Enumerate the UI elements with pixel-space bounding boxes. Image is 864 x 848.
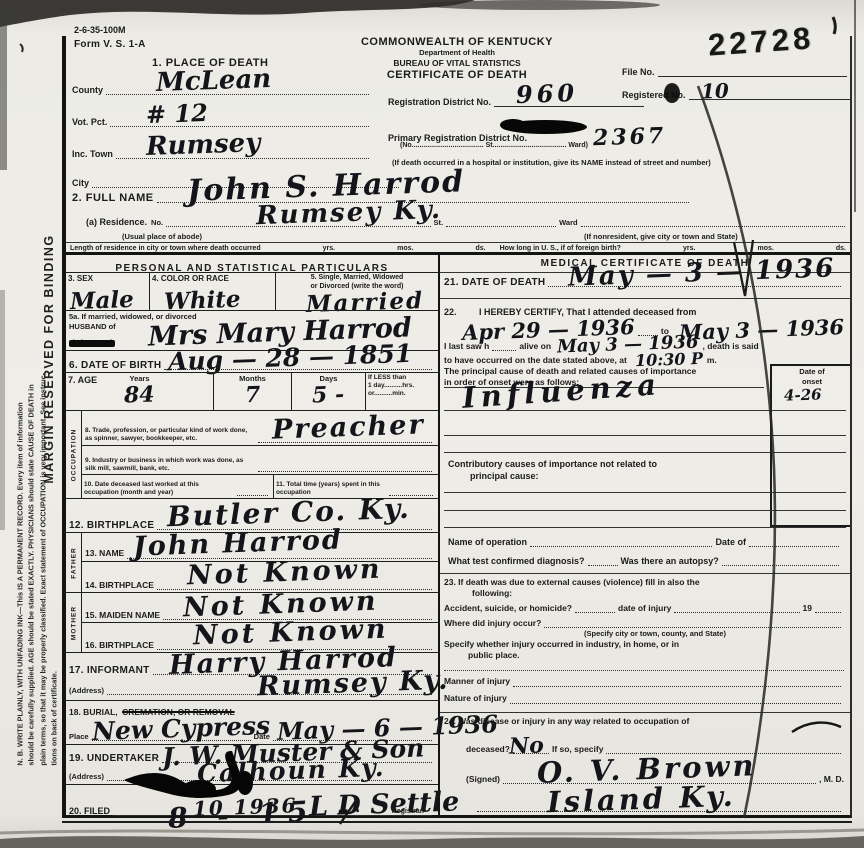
- occurred-at-label: to have occurred on the date stated abov…: [444, 355, 627, 366]
- father-block: FATHER 13. NAME John Harrod 14. BIRTHPLA…: [66, 532, 438, 592]
- bureau-title: BUREAU OF VITAL STATISTICS: [304, 58, 610, 69]
- left-edge-shadow-2: [0, 290, 5, 530]
- occupation-block: OCCUPATION 8. Trade, profession, or part…: [66, 410, 438, 498]
- mother-side-cell: MOTHER: [66, 593, 82, 652]
- undertaker-address-line: (Address) Calhoun Ky.: [69, 764, 435, 782]
- abode-note: (Usual place of abode): [122, 232, 202, 242]
- last-worked-label: 10. Date deceased last worked at this oc…: [84, 481, 234, 497]
- dod-divider: [440, 298, 850, 299]
- cause-rule-3: [444, 435, 846, 436]
- personal-column: PERSONAL AND STATISTICAL PARTICULARS 3. …: [66, 255, 440, 818]
- dob-row: 6. DATE OF BIRTH Aug — 28 — 1851: [66, 350, 438, 372]
- operation-label: Name of operation: [448, 536, 527, 548]
- occupation-related-block: 24. Was disease or injury in any way rel…: [444, 716, 844, 813]
- specify-line-2: public place.: [468, 650, 844, 661]
- sex-race-marital-row: 3. SEX Male 4. COLOR OR RACE White 5. Si…: [66, 272, 438, 310]
- age-days-value: 5 -: [312, 383, 345, 406]
- birthplace-label: 12. BIRTHPLACE: [69, 520, 154, 531]
- signed-label: (Signed): [466, 774, 500, 785]
- test-blank: [588, 565, 618, 566]
- father-birthplace-row: 14. BIRTHPLACE Not Known: [82, 561, 438, 592]
- form-number: Form V. S. 1-A: [74, 39, 146, 50]
- father-name-label: 13. NAME: [85, 548, 124, 559]
- contributory-line-2: principal cause:: [470, 470, 657, 482]
- reg-district-value: 960: [516, 81, 579, 107]
- marital-cell: 5. Single, Married, Widowed or Divorced …: [276, 273, 438, 310]
- residence-ward-label: Ward: [559, 218, 577, 228]
- industry-label: 9. Industry or business in which work wa…: [85, 457, 255, 473]
- residence-value: Rumsey Ky.: [256, 197, 443, 229]
- operation-line: Name of operation Date of: [448, 536, 842, 548]
- contributory-block: Contributory causes of importance not re…: [448, 458, 657, 482]
- mother-bp-label: 16. BIRTHPLACE: [85, 640, 154, 651]
- vot-pct-blank: # 12: [110, 126, 369, 127]
- md-label: , M. D.: [819, 774, 844, 785]
- registrar-label: Registrar.: [392, 808, 424, 817]
- contributory-line-1: Contributory causes of importance not re…: [448, 458, 657, 470]
- undertaker-address-blank: Calhoun Ky.: [107, 780, 432, 781]
- occupation-side-label: OCCUPATION: [70, 428, 77, 481]
- race-label: 4. COLOR OR RACE: [152, 274, 273, 284]
- bottom-fold-line: [0, 830, 864, 834]
- father-side-cell: FATHER: [66, 533, 82, 592]
- industry-blank: [258, 471, 432, 472]
- accident-label: Accident, suicide, or homicide?: [444, 603, 572, 614]
- left-edge-shadow: [0, 0, 7, 170]
- margin-binding-label: MARGIN RESERVED FOR BINDING: [42, 179, 56, 539]
- corner-pen-mark: [833, 17, 835, 34]
- if-less-line-3: or..........min.: [368, 390, 436, 398]
- reg-district-line: Registration District No. 960: [388, 96, 738, 108]
- margin-handwritten-note: 8 - 15 -: [167, 795, 359, 833]
- burial-place-label: Place: [69, 732, 89, 742]
- nineteen-label: 19: [803, 603, 812, 614]
- margin-nb-line-2: should be carefully supplied. AGE should…: [26, 206, 37, 766]
- residence-label: (a) Residence.: [86, 216, 147, 228]
- scanned-death-certificate: N. B. WRITE PLAINLY, WITH UNFADING INK—T…: [0, 0, 864, 848]
- if-less-line-1: If LESS than: [368, 374, 436, 382]
- inc-town-label: Inc. Town: [72, 148, 113, 160]
- mother-name-label: 15. MAIDEN NAME: [85, 610, 160, 621]
- margin-nb-line-1: N. B. WRITE PLAINLY, WITH UNFADING INK—T…: [14, 206, 25, 766]
- occupation-side-cell: OCCUPATION: [66, 411, 82, 498]
- sex-cell: 3. SEX Male: [66, 273, 150, 310]
- onset-label-1: Date of: [772, 366, 850, 377]
- state-header: COMMONWEALTH OF KENTUCKY Department of H…: [304, 36, 610, 81]
- q24-divider: [440, 712, 850, 713]
- physician-address-value: Island Ky.: [547, 782, 737, 818]
- no-st-ward-note: (No.....................................…: [400, 142, 588, 151]
- nonresident-note: (If nonresident, give city or town and S…: [584, 232, 738, 242]
- nature-line: Nature of injury: [444, 688, 844, 705]
- test-label: What test confirmed diagnosis?: [448, 555, 585, 567]
- county-line: County McLean: [72, 84, 372, 96]
- age-label: 7. AGE: [68, 374, 97, 386]
- race-cell: 4. COLOR OR RACE White: [150, 273, 276, 310]
- file-stamp-number: 22728: [707, 20, 815, 63]
- undertaker-address-value: Calhoun Ky.: [197, 755, 386, 787]
- q23-divider: [440, 573, 850, 574]
- autopsy-blank: [722, 565, 839, 566]
- commonwealth-title: COMMONWEALTH OF KENTUCKY: [304, 36, 610, 48]
- age-months-value: 7: [244, 383, 260, 406]
- department-title: Department of Health: [304, 48, 610, 58]
- file-no-blank: [658, 76, 847, 77]
- test-autopsy-line: What test confirmed diagnosis? Was there…: [448, 555, 842, 567]
- if-less-line-2: 1 day..........hrs.: [368, 382, 436, 390]
- length-row-divider: [66, 242, 850, 243]
- age-years-value: 84: [124, 383, 155, 406]
- industry-row: 9. Industry or business in which work wa…: [82, 445, 438, 475]
- county-blank: McLean: [106, 94, 369, 95]
- informant-address-label: (Address): [69, 686, 104, 696]
- injury-date-label: date of injury: [618, 603, 671, 614]
- father-side-label: FATHER: [70, 547, 77, 579]
- dob-label: 6. DATE OF BIRTH: [69, 360, 161, 371]
- father-bp-value: Not Known: [187, 556, 383, 590]
- stray-mark-left: [20, 44, 23, 52]
- inc-town-blank: Rumsey: [116, 158, 369, 159]
- inc-town-value: Rumsey: [145, 130, 260, 160]
- trade-value: Preacher: [272, 411, 426, 443]
- deceased-label: deceased?: [466, 744, 510, 755]
- trade-row: 8. Trade, profession, or particular kind…: [82, 411, 438, 445]
- mother-side-label: MOTHER: [70, 605, 77, 639]
- date-of-death-line: 21. DATE OF DEATH May — 3 — 1936: [444, 277, 844, 288]
- operation-date-blank: [749, 546, 839, 547]
- external-causes-block: 23. If death was due to external causes …: [444, 577, 844, 705]
- injury-date-blank: [674, 612, 799, 613]
- where-label: Where did injury occur?: [444, 618, 541, 629]
- inc-town-line: Inc. Town Rumsey: [72, 148, 372, 160]
- bottom-edge-band: [0, 836, 864, 848]
- residence-line: (a) Residence. No. Rumsey Ky. St. Ward: [86, 216, 848, 228]
- where-line: Where did injury occur?: [444, 614, 844, 629]
- trade-blank: Preacher: [258, 442, 432, 443]
- manner-line: Manner of injury: [444, 671, 844, 688]
- cause-rule-4: [444, 452, 846, 453]
- residence-blank: Rumsey Ky.: [166, 226, 430, 227]
- top-streak-artifact: [420, 0, 660, 10]
- autopsy-label: Was there an autopsy?: [621, 555, 719, 567]
- date-of-label: Date of: [715, 536, 746, 548]
- q23-line-2: following:: [472, 588, 844, 599]
- vot-pct-value: # 12: [146, 101, 209, 127]
- primary-district-value: 2367: [593, 125, 667, 150]
- onset-value: 4-26: [784, 387, 822, 403]
- physician-address-blank: Island Ky.: [477, 811, 841, 812]
- residence-ward-blank: [581, 226, 845, 227]
- age-months-cell: Months 7: [214, 373, 292, 410]
- manner-blank: [513, 686, 841, 687]
- q23-line-1: 23. If death was due to external causes …: [444, 577, 844, 588]
- specify-city-note: (Specify city or town, county, and State…: [584, 629, 844, 639]
- wife-of-label-struck: (or) WIFE of: [69, 340, 115, 347]
- contrib-rule-3: [444, 527, 846, 528]
- medical-column: MEDICAL CERTIFICATE OF DEATH 21. DATE OF…: [440, 255, 850, 818]
- certificate-form: Form V. S. 1-A 1. PLACE OF DEATH COMMONW…: [62, 36, 852, 818]
- personal-title-row: PERSONAL AND STATISTICAL PARTICULARS: [66, 255, 438, 272]
- undertaker-address-label: (Address): [69, 772, 104, 782]
- city-label: City: [72, 177, 89, 189]
- nature-blank: [510, 703, 841, 704]
- dod-blank: May — 3 — 1936: [548, 286, 841, 287]
- q24-value: No: [509, 735, 545, 758]
- item-22-label: 22.: [444, 307, 457, 317]
- top-edge-tear-artifact: [0, 0, 475, 27]
- manner-label: Manner of injury: [444, 676, 510, 687]
- residence-no-label: No.: [151, 218, 163, 228]
- dob-blank: Aug — 28 — 1851: [164, 369, 432, 370]
- accident-line: Accident, suicide, or homicide? date of …: [444, 599, 844, 614]
- operation-blank: [530, 546, 712, 547]
- filed-label: 20. FILED: [69, 805, 110, 817]
- vot-pct-label: Vot. Pct.: [72, 116, 107, 128]
- m-label: m.: [707, 355, 717, 366]
- age-years-cell: 7. AGE Years 84: [66, 373, 214, 410]
- informant-address-blank: Rumsey Ky.: [107, 694, 432, 695]
- informant-address-line: (Address) Rumsey Ky.: [69, 676, 435, 696]
- informant-label: 17. INFORMANT: [69, 665, 150, 676]
- reg-district-label: Registration District No.: [388, 96, 491, 108]
- undertaker-row: 19. UNDERTAKER J. W. Muster & Son (Addre…: [66, 744, 438, 784]
- file-no-line: File No.: [622, 66, 850, 78]
- last-saw-blank: [492, 350, 516, 351]
- file-no-label: File No.: [622, 66, 655, 78]
- last-worked-cell: 10. Date deceased last worked at this oc…: [82, 475, 274, 498]
- father-rows: 13. NAME John Harrod 14. BIRTHPLACE Not …: [82, 533, 438, 592]
- informant-address-value: Rumsey Ky.: [257, 667, 450, 701]
- dob-value: Aug — 28 — 1851: [168, 341, 413, 375]
- vot-pct-line: Vot. Pct. # 12: [72, 116, 372, 128]
- time-value: 10:30 P: [635, 351, 704, 369]
- residence-st-blank: [446, 226, 556, 227]
- age-days-cell: Days 5 -: [292, 373, 366, 410]
- age-row: 7. AGE Years 84 Months 7 Days 5 - If LES…: [66, 372, 438, 410]
- contrib-rule-2: [444, 510, 846, 511]
- reg-district-blank: 960: [494, 106, 644, 107]
- accident-blank: [575, 612, 615, 613]
- q24-line-1: 24. Was disease or injury in any way rel…: [444, 716, 844, 727]
- onset-box: Date of onset 4-26: [770, 364, 850, 527]
- print-code: 2-6-35-100M: [74, 24, 126, 36]
- injury-year-blank: [815, 612, 841, 613]
- trade-label: 8. Trade, profession, or particular kind…: [85, 427, 255, 443]
- father-name-row: 13. NAME John Harrod: [82, 533, 438, 561]
- dod-label: 21. DATE OF DEATH: [444, 277, 545, 288]
- informant-row: 17. INFORMANT Harry Harrod (Address) Rum…: [66, 652, 438, 700]
- marital-label: 5. Single, Married, Widowed: [278, 274, 436, 283]
- dod-value: May — 3 — 1936: [568, 255, 836, 290]
- where-blank: [544, 627, 841, 628]
- certificate-header: Form V. S. 1-A 1. PLACE OF DEATH COMMONW…: [66, 36, 850, 252]
- contrib-rule-1: [444, 492, 846, 493]
- last-worked-blank: [237, 495, 268, 496]
- q24-blank: No: [513, 753, 549, 754]
- county-value: McLean: [156, 66, 272, 96]
- sex-label: 3. SEX: [68, 274, 147, 284]
- full-name-label: 2. FULL NAME: [72, 192, 154, 204]
- nature-label: Nature of injury: [444, 693, 507, 704]
- occupation-rows: 8. Trade, profession, or particular kind…: [82, 411, 438, 498]
- attended-to-value: May 3 — 1936: [679, 316, 845, 343]
- physician-address-line: Island Ky.: [444, 787, 844, 813]
- specify-line-1: Specify whether injury occurred in indus…: [444, 639, 844, 650]
- county-label: County: [72, 84, 103, 96]
- if-less-cell: If LESS than 1 day..........hrs. or.....…: [366, 373, 438, 410]
- undertaker-label: 19. UNDERTAKER: [69, 753, 159, 764]
- certificate-body: PERSONAL AND STATISTICAL PARTICULARS 3. …: [66, 252, 850, 818]
- father-bp-label: 14. BIRTHPLACE: [85, 580, 154, 591]
